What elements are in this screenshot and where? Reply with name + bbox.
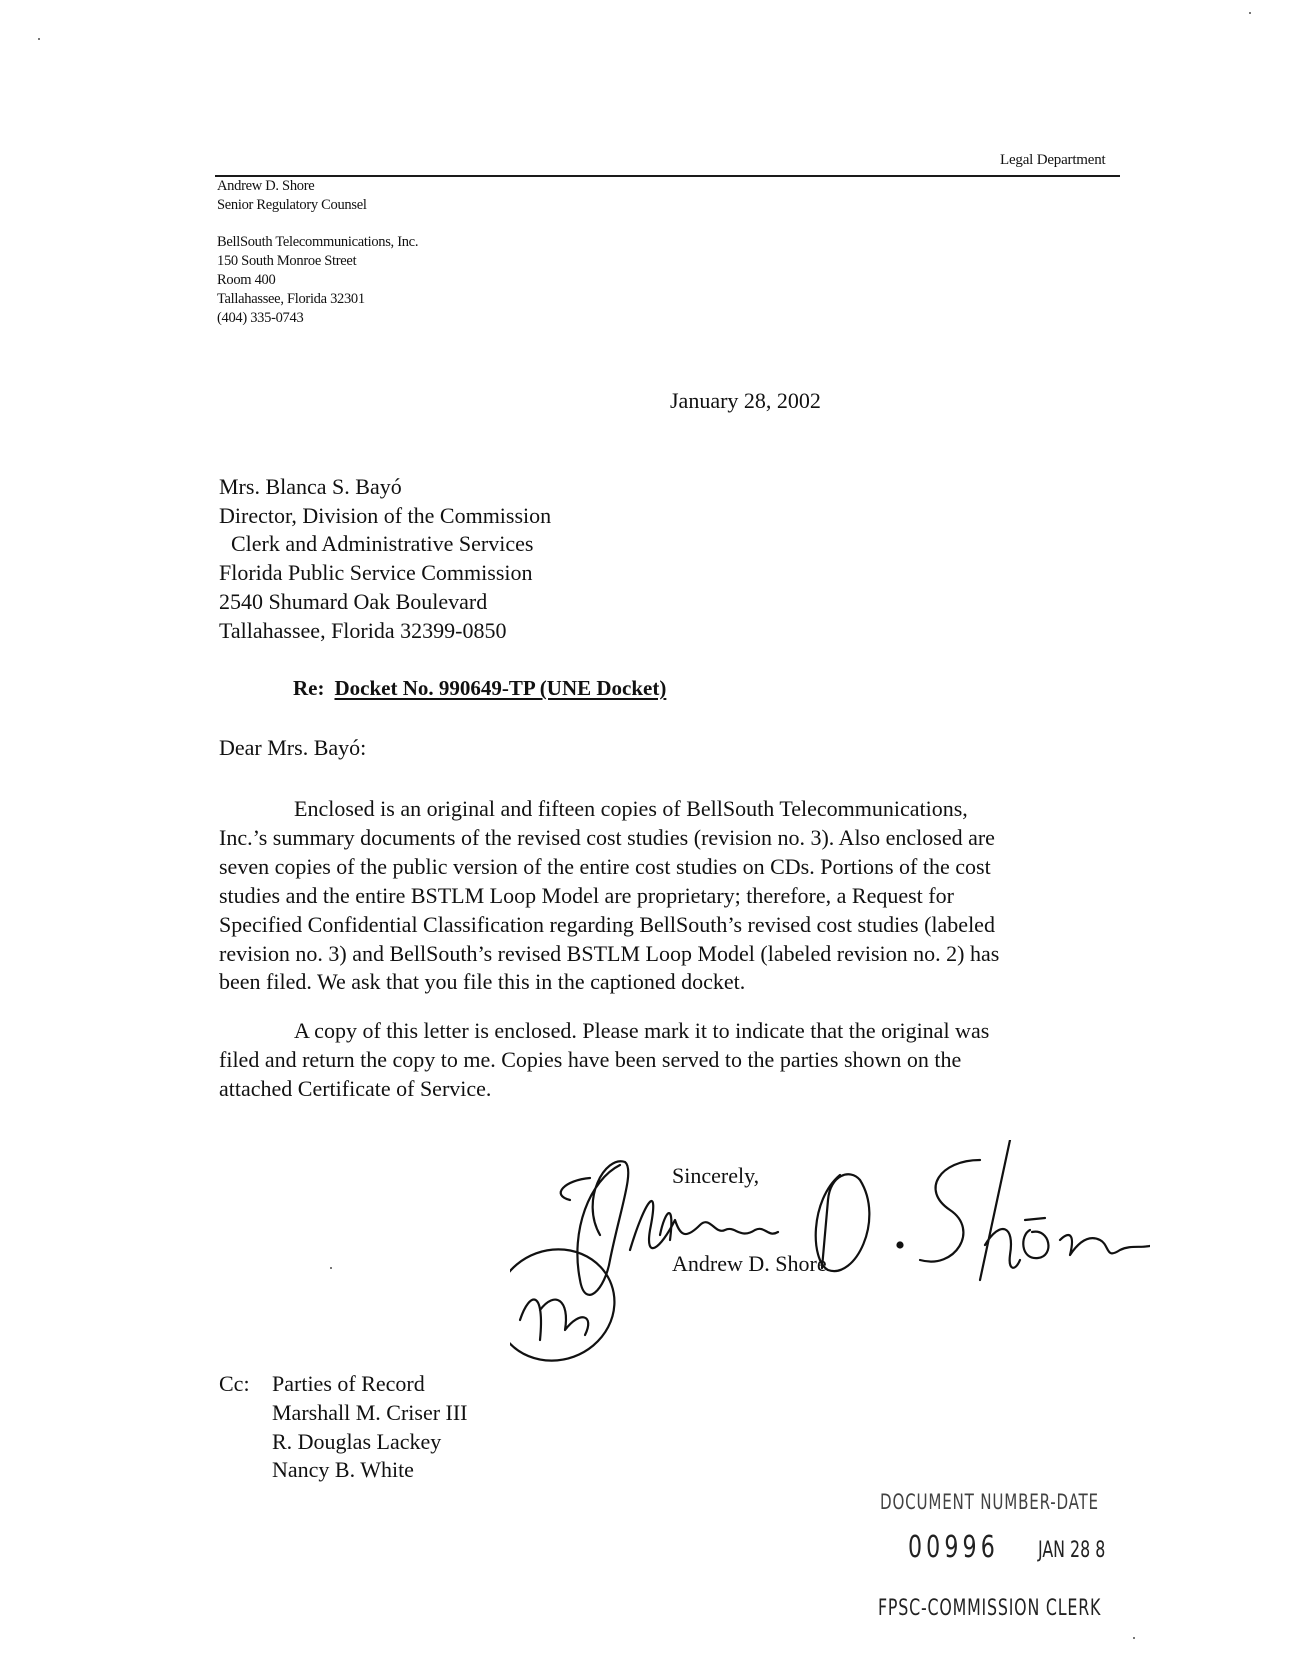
cc-recipient: Parties of Record	[272, 1370, 468, 1399]
sender-street: 150 South Monroe Street	[217, 252, 418, 271]
body-paragraph-1: Enclosed is an original and fifteen copi…	[219, 795, 1124, 997]
cc-list: Cc: Parties of Record Marshall M. Criser…	[219, 1370, 468, 1485]
recipient-name: Mrs. Blanca S. Bayó	[219, 473, 551, 502]
stamp-office: FPSC-COMMISSION CLERK	[878, 1596, 1101, 1621]
paragraph-line: seven copies of the public version of th…	[219, 853, 1124, 882]
cc-recipient: Marshall M. Criser III	[272, 1399, 468, 1428]
sender-title: Senior Regulatory Counsel	[217, 196, 418, 215]
paragraph-line: studies and the entire BSTLM Loop Model …	[219, 882, 1124, 911]
paragraph-line: Inc.’s summary documents of the revised …	[219, 824, 1124, 853]
department-label: Legal Department	[1000, 152, 1106, 169]
paragraph-line: been filed. We ask that you file this in…	[219, 968, 1124, 997]
paragraph-line: Specified Confidential Classification re…	[219, 911, 1124, 940]
cc-label: Cc:	[219, 1370, 272, 1485]
recipient-address: Mrs. Blanca S. Bayó Director, Division o…	[219, 473, 551, 645]
stamp-date: JAN 28 8	[1038, 1538, 1105, 1563]
recipient-street: 2540 Shumard Oak Boulevard	[219, 588, 551, 617]
recipient-organization: Florida Public Service Commission	[219, 559, 551, 588]
scan-speck	[1249, 12, 1251, 14]
cc-recipient: Nancy B. White	[272, 1456, 468, 1485]
paragraph-line: attached Certificate of Service.	[219, 1075, 1124, 1104]
subject-line: Re:Docket No. 990649-TP (UNE Docket)	[293, 676, 666, 701]
recipient-title: Director, Division of the Commission	[219, 502, 551, 531]
sender-name: Andrew D. Shore	[217, 177, 418, 196]
paragraph-line: A copy of this letter is enclosed. Pleas…	[219, 1017, 1124, 1046]
stamp-document-number: 00996	[908, 1530, 999, 1565]
body-paragraph-2: A copy of this letter is enclosed. Pleas…	[219, 1017, 1124, 1104]
cc-recipient: R. Douglas Lackey	[272, 1428, 468, 1457]
scan-speck	[38, 38, 40, 40]
paragraph-line: filed and return the copy to me. Copies …	[219, 1046, 1124, 1075]
handwritten-signature-icon	[510, 1140, 1150, 1380]
docket-number: Docket No. 990649-TP (UNE Docket)	[334, 676, 666, 700]
sender-block: Andrew D. Shore Senior Regulatory Counse…	[217, 177, 418, 328]
sender-phone: (404) 335-0743	[217, 309, 418, 328]
paragraph-line: Enclosed is an original and fifteen copi…	[219, 795, 1124, 824]
stamp-label: DOCUMENT NUMBER-DATE	[880, 1490, 1099, 1514]
letter-date: January 28, 2002	[670, 388, 821, 414]
paragraph-line: revision no. 3) and BellSouth’s revised …	[219, 940, 1124, 969]
recipient-division: Clerk and Administrative Services	[219, 530, 551, 559]
scan-speck	[1133, 1637, 1135, 1639]
scan-speck	[330, 1267, 332, 1269]
sender-city: Tallahassee, Florida 32301	[217, 290, 418, 309]
recipient-city: Tallahassee, Florida 32399-0850	[219, 617, 551, 646]
salutation: Dear Mrs. Bayó:	[219, 735, 366, 761]
sender-company: BellSouth Telecommunications, Inc.	[217, 233, 418, 252]
sender-room: Room 400	[217, 271, 418, 290]
subject-prefix: Re:	[293, 676, 324, 700]
